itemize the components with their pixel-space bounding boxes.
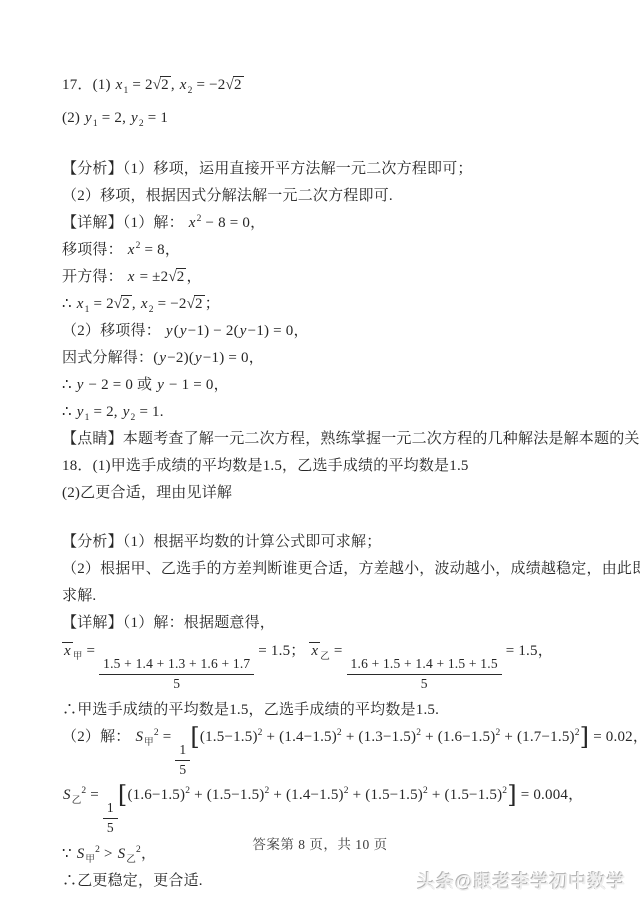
detail-18-mean-formula: x甲 = 1.5 + 1.4 + 1.3 + 1.6 + 1.75 = 1.5；… [62, 637, 632, 697]
analysis-18-line3: 求解. [62, 583, 632, 610]
answer-18-part2: (2)乙更合适，理由见详解 [62, 480, 632, 507]
detail-18-mean-conclusion: ∴甲选手成绩的平均数是1.5，乙选手成绩的平均数是1.5. [62, 697, 632, 724]
remark-17: 【点睛】本题考查了解一元二次方程，熟练掌握一元二次方程的几种解法是解本题的关键. [62, 426, 632, 453]
analysis-18-line2: （2）根据甲、乙选手的方差判断谁更合适，方差越小，波动越小，成绩越稳定，由此即可 [62, 556, 632, 583]
watermark-text: 头条@跟老李学初中数学 [417, 868, 626, 894]
detail-17-line8: ∴ y1 = 2, y2 = 1. [62, 399, 632, 426]
page-footer: 答案第 8 页，共 10 页 [0, 833, 640, 853]
answer-lines: 17．(1) x1 = 2√2, x2 = −2√2(2) y1 = 2, y2… [62, 72, 632, 895]
detail-18-line1: 【详解】（1）解：根据题意得， [62, 610, 632, 637]
detail-18-variance-jia: （2）解： S甲2 = 15[(1.5−1.5)2 + (1.4−1.5)2 +… [62, 724, 632, 783]
detail-17-line1: 【详解】（1）解： x2 − 8 = 0， [62, 210, 632, 237]
detail-17-line4: ∴ x1 = 2√2, x2 = −2√2； [62, 291, 632, 318]
answer-sheet-page: 17．(1) x1 = 2√2, x2 = −2√2(2) y1 = 2, y2… [0, 0, 640, 905]
analysis-17-line1: 【分析】（1）移项，运用直接开平方法解一元二次方程即可； [62, 156, 632, 183]
analysis-18-line1: 【分析】（1）根据平均数的计算公式即可求解； [62, 529, 632, 556]
answer-18-part1: 18．(1)甲选手成绩的平均数是1.5，乙选手成绩的平均数是1.5 [62, 453, 632, 480]
answer-17-part2: (2) y1 = 2, y2 = 1 [62, 105, 632, 132]
detail-17-line3: 开方得： x = ±2√2， [62, 264, 632, 291]
detail-17-line5: （2）移项得： y(y−1) − 2(y−1) = 0， [62, 318, 632, 345]
detail-17-line7: ∴ y − 2 = 0 或 y − 1 = 0， [62, 372, 632, 399]
analysis-17-line2: （2）移项，根据因式分解法解一元二次方程即可. [62, 183, 632, 210]
answer-17-part1: 17．(1) x1 = 2√2, x2 = −2√2 [62, 72, 632, 99]
detail-17-line6: 因式分解得：(y−2)(y−1) = 0， [62, 345, 632, 372]
detail-17-line2: 移项得： x2 = 8， [62, 237, 632, 264]
